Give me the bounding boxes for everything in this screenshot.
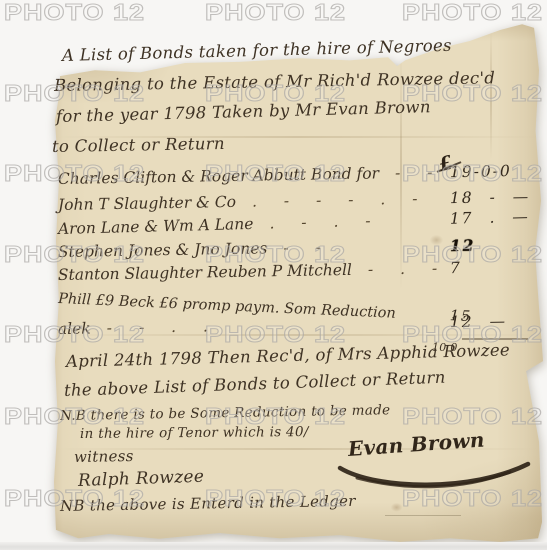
ledger-row-dots: - . - bbox=[368, 259, 440, 278]
receipt-superscript-note: 10 0 bbox=[432, 341, 458, 354]
signature-flourish bbox=[332, 454, 532, 496]
ledger-row-amount: 12 bbox=[450, 236, 476, 255]
ledger-row-amount: 17 . — bbox=[450, 208, 530, 228]
photo-bottom-edge bbox=[0, 542, 547, 550]
manuscript-photo: A List of Bonds taken for the hire of Ne… bbox=[0, 0, 547, 550]
ledger-row-dots: - - bbox=[395, 163, 435, 182]
ledger-row-amount: 19-0-0 bbox=[450, 162, 512, 181]
heading-line-4: to Collect or Return bbox=[52, 134, 225, 156]
ledger-row-name: Stephen Jones & Jno Jones bbox=[58, 239, 268, 261]
ledger-row-name: alek bbox=[58, 319, 91, 338]
ledger-row-name: John T Slaughter & Co bbox=[58, 193, 236, 214]
ledger-row-amount: 7 bbox=[450, 259, 462, 277]
crease-line bbox=[490, 30, 492, 160]
ledger-note-rule bbox=[385, 515, 461, 516]
ledger-row-dots: . - - - . - bbox=[252, 190, 420, 211]
ledger-row-amount: 18 - — bbox=[450, 188, 531, 207]
total-underline bbox=[462, 338, 528, 340]
ledger-row-name: Aron Lane & Wm A Lane bbox=[58, 215, 254, 238]
ledger-row-amount: 12 — bbox=[450, 312, 507, 331]
ledger-row-dots: - - bbox=[283, 238, 323, 257]
ledger-row-dots: . - . - bbox=[269, 212, 373, 233]
nb-note-line-2: in the hire of Tenor which is 40/ bbox=[80, 424, 309, 442]
witness-label: witness bbox=[74, 447, 134, 466]
ledger-row-dots: - - . . bbox=[107, 317, 210, 337]
ledger-row-name: Stanton Slaughter Reuben P Mitchell bbox=[58, 261, 352, 284]
